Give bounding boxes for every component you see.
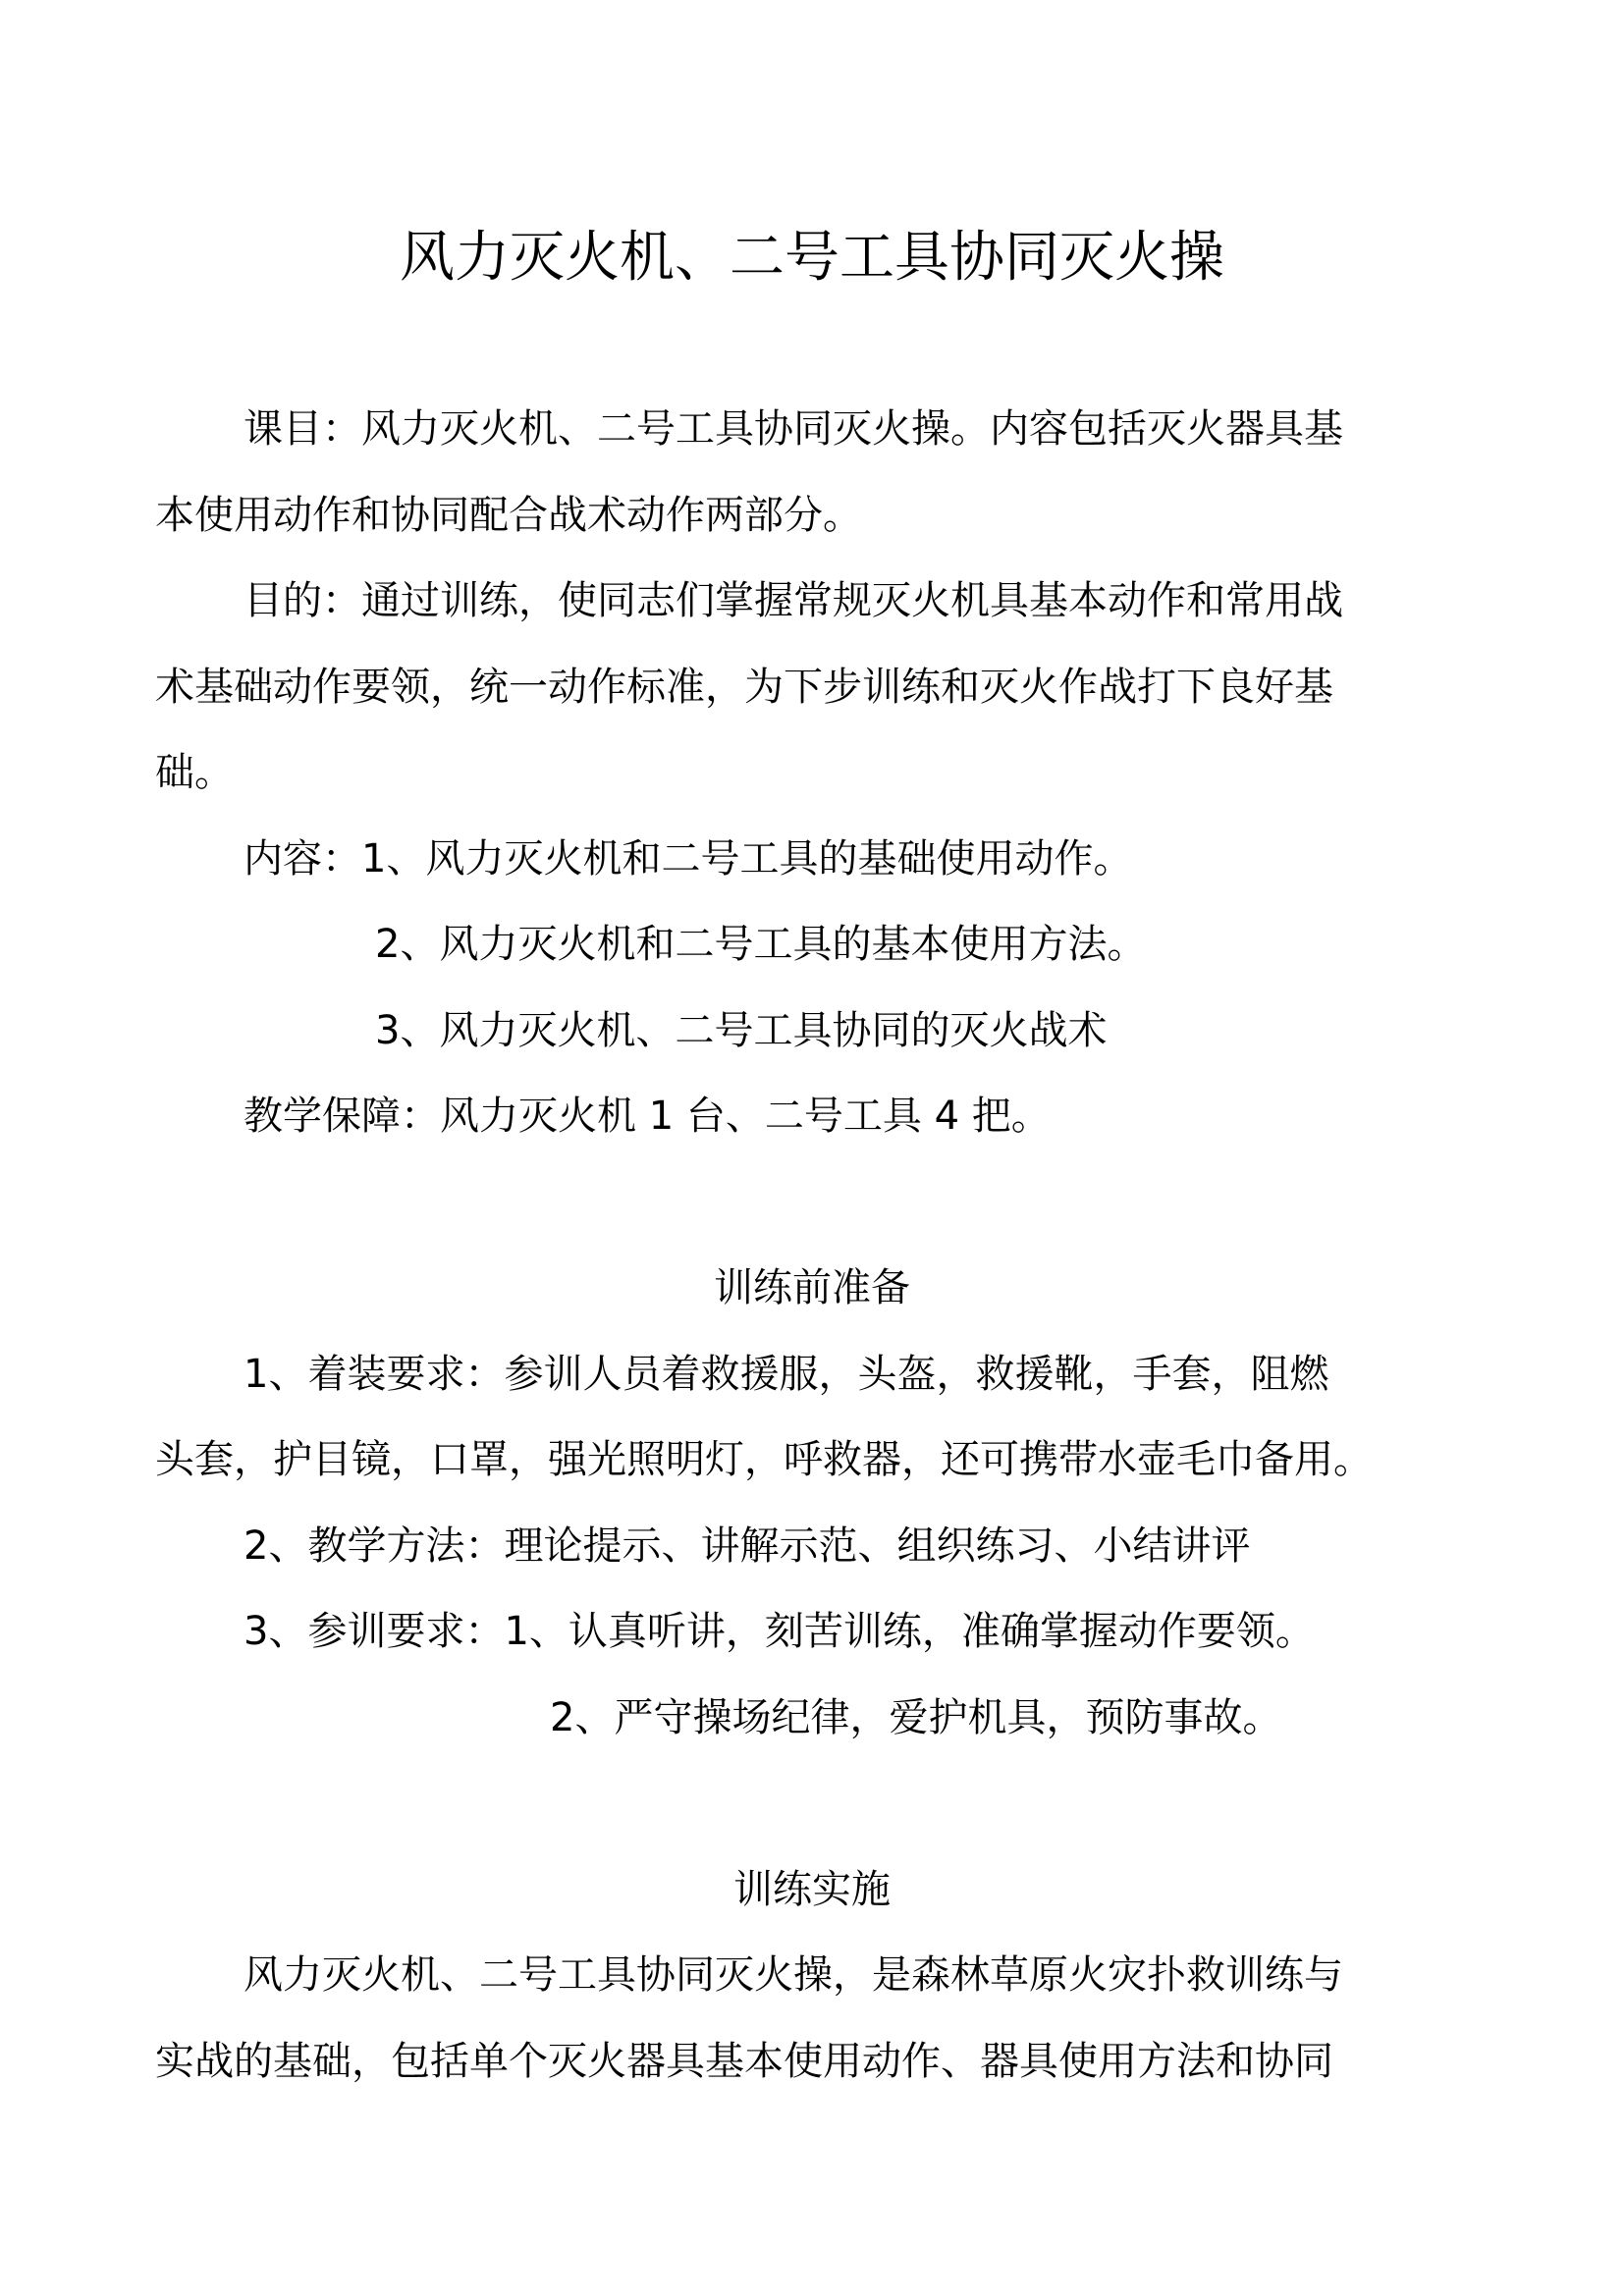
subject-line-1: 课目：风力灭火机、二号工具协同灭火操。内容包括灭火器具基 <box>244 404 1343 454</box>
content-item-1: 内容：1、风力灭火机和二号工具的基础使用动作。 <box>244 834 1132 883</box>
content-item-2: 2、风力灭火机和二号工具的基本使用方法。 <box>375 920 1146 969</box>
prep-item-1-line-2: 头套，护目镜，口罩，强光照明灯，呼救器，还可携带水壶毛巾备用。 <box>155 1435 1373 1484</box>
purpose-line-3: 础。 <box>155 748 234 797</box>
purpose-line-1: 目的：通过训练，使同志们掌握常规灭火机具基本动作和常用战 <box>244 576 1343 625</box>
prep-item-3-line-2: 2、严守操场纪律，爱护机具，预防事故。 <box>550 1693 1281 1742</box>
section-heading-preparation: 训练前准备 <box>0 1263 1624 1312</box>
prep-item-1-line-1: 1、着装要求：参训人员着救援服，头盔，救援靴，手套，阻燃 <box>244 1350 1328 1399</box>
subject-line-2: 本使用动作和协同配合战术动作两部分。 <box>155 491 862 540</box>
content-item-3: 3、风力灭火机、二号工具协同的灭火战术 <box>375 1006 1107 1055</box>
implementation-para-line-2: 实战的基础，包括单个灭火器具基本使用动作、器具使用方法和协同 <box>155 2037 1333 2086</box>
prep-item-2: 2、教学方法：理论提示、讲解示范、组织练习、小结讲评 <box>244 1522 1250 1571</box>
prep-item-3-line-1: 3、参训要求：1、认真听讲，刻苦训练，准确掌握动作要领。 <box>244 1607 1315 1656</box>
section-heading-implementation: 训练实施 <box>0 1865 1624 1914</box>
document-page: 风力灭火机、二号工具协同灭火操 课目：风力灭火机、二号工具协同灭火操。内容包括灭… <box>0 0 1624 2296</box>
purpose-line-2: 术基础动作要领，统一动作标准，为下步训练和灭火作战打下良好基 <box>155 663 1333 712</box>
implementation-para-line-1: 风力灭火机、二号工具协同灭火操，是森林草原火灾扑救训练与 <box>244 1950 1343 2000</box>
document-title: 风力灭火机、二号工具协同灭火操 <box>0 224 1624 293</box>
teaching-support: 教学保障：风力灭火机 1 台、二号工具 4 把。 <box>244 1092 1051 1141</box>
